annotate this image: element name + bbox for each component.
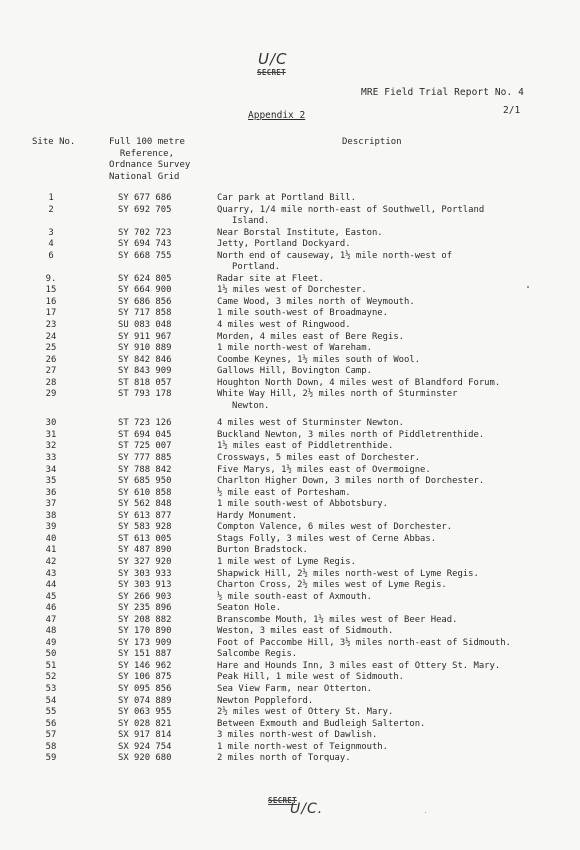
table-row: 40ST 613 005Stags Folly, 3 miles west of…	[0, 534, 580, 546]
grid-reference: ST 723 126	[118, 418, 171, 430]
grid-reference: SY 694 743	[118, 239, 171, 251]
site-description: 1 mile north-west of Wareham.	[217, 343, 557, 355]
grid-reference: SY 327 920	[118, 557, 171, 569]
site-description: Burton Bradstock.	[217, 545, 557, 557]
description-text: Gallows Hill, Bovington Camp.	[217, 366, 372, 376]
site-description: Newton Poppleford.	[217, 696, 557, 708]
description-text: Five Marys, 1½ miles east of Overmoigne.	[217, 465, 431, 475]
site-number: 17	[36, 308, 66, 320]
description-text: 1 mile north-west of Teignmouth.	[217, 742, 388, 752]
grid-reference: SY 106 875	[118, 672, 171, 684]
paper-speck	[425, 812, 426, 813]
site-description: Weston, 3 miles east of Sidmouth.	[217, 626, 557, 638]
grid-reference: SY 686 856	[118, 297, 171, 309]
description-text: Stags Folly, 3 miles west of Cerne Abbas…	[217, 534, 436, 544]
site-description: Between Exmouth and Budleigh Salterton.	[217, 719, 557, 731]
table-row: 49SY 173 909Foot of Paccombe Hill, 3½ mi…	[0, 638, 580, 650]
grid-reference: SY 028 821	[118, 719, 171, 731]
grid-reference: SY 303 913	[118, 580, 171, 592]
table-row: 48SY 170 890Weston, 3 miles east of Sidm…	[0, 626, 580, 638]
site-description: 1 mile south-west of Broadmayne.	[217, 308, 557, 320]
table-row: 41SY 487 890Burton Bradstock.	[0, 545, 580, 557]
site-description: Coombe Keynes, 1½ miles south of Wool.	[217, 355, 557, 367]
grid-reference: SY 717 858	[118, 308, 171, 320]
description-continuation: Newton.	[217, 401, 557, 413]
table-row: 35SY 685 950Charlton Higher Down, 3 mile…	[0, 476, 580, 488]
table-row: 45SY 266 903½ mile south-east of Axmouth…	[0, 592, 580, 604]
description-text: Houghton North Down, 4 miles west of Bla…	[217, 378, 500, 388]
table-row: 59SX 920 6802 miles north of Torquay.	[0, 753, 580, 765]
table-row: 23SU 083 0484 miles west of Ringwood.	[0, 320, 580, 332]
description-text: ½ mile east of Portesham.	[217, 488, 351, 498]
description-text: Weston, 3 miles east of Sidmouth.	[217, 626, 393, 636]
site-number: 4	[36, 239, 66, 251]
table-row: 52SY 106 875Peak Hill, 1 mile west of Si…	[0, 672, 580, 684]
site-number: 16	[36, 297, 66, 309]
site-number: 52	[36, 672, 66, 684]
site-number: 2	[36, 205, 66, 217]
grid-reference: SY 266 903	[118, 592, 171, 604]
site-description: Sea View Farm, near Otterton.	[217, 684, 557, 696]
site-number: 27	[36, 366, 66, 378]
grid-reference: SY 583 928	[118, 522, 171, 534]
site-description: North end of causeway, 1½ mile north-wes…	[217, 251, 557, 274]
site-description: Quarry, 1/4 mile north-east of Southwell…	[217, 205, 557, 228]
grid-reference: SY 702 723	[118, 228, 171, 240]
site-description: 4 miles west of Sturminster Newton.	[217, 418, 557, 430]
site-description: Car park at Portland Bill.	[217, 193, 557, 205]
table-row: 1SY 677 686Car park at Portland Bill.	[0, 193, 580, 205]
table-row: 47SY 208 882Branscombe Mouth, 1½ miles w…	[0, 615, 580, 627]
column-header-reference: Full 100 metre Reference, Ordnance Surve…	[109, 137, 190, 183]
table-row: 2SY 692 705Quarry, 1/4 mile north-east o…	[0, 205, 580, 228]
description-text: ½ mile south-east of Axmouth.	[217, 592, 372, 602]
grid-reference: SY 095 856	[118, 684, 171, 696]
description-continuation: Portland.	[217, 262, 557, 274]
grid-reference: SY 146 962	[118, 661, 171, 673]
site-number: 25	[36, 343, 66, 355]
grid-reference: SY 677 686	[118, 193, 171, 205]
site-number: 26	[36, 355, 66, 367]
site-number: 38	[36, 511, 66, 523]
description-text: Radar site at Fleet.	[217, 274, 324, 284]
report-title: MRE Field Trial Report No. 4	[361, 87, 524, 98]
site-number: 6	[36, 251, 66, 263]
site-number: 50	[36, 649, 66, 661]
site-number: 36	[36, 488, 66, 500]
description-text: Newton Poppleford.	[217, 696, 313, 706]
handwritten-classification-bottom: U/C.	[290, 801, 323, 817]
grid-reference: SY 668 755	[118, 251, 171, 263]
description-text: 4 miles west of Sturminster Newton.	[217, 418, 404, 428]
site-number: 41	[36, 545, 66, 557]
description-text: Crossways, 5 miles east of Dorchester.	[217, 453, 420, 463]
description-text: Near Borstal Institute, Easton.	[217, 228, 383, 238]
site-description: ½ mile east of Portesham.	[217, 488, 557, 500]
grid-reference: SX 917 814	[118, 730, 171, 742]
site-description: 2½ miles west of Ottery St. Mary.	[217, 707, 557, 719]
table-row: 25SY 910 8891 mile north-west of Wareham…	[0, 343, 580, 355]
grid-reference: SY 173 909	[118, 638, 171, 650]
grid-reference: SY 303 933	[118, 569, 171, 581]
description-text: 2½ miles west of Ottery St. Mary.	[217, 707, 393, 717]
description-text: Coombe Keynes, 1½ miles south of Wool.	[217, 355, 420, 365]
site-description: Crossways, 5 miles east of Dorchester.	[217, 453, 557, 465]
site-description: Charlton Higher Down, 3 miles north of D…	[217, 476, 557, 488]
site-number: 57	[36, 730, 66, 742]
table-row: 33SY 777 885Crossways, 5 miles east of D…	[0, 453, 580, 465]
site-number: 29	[36, 389, 66, 401]
grid-reference: SU 083 048	[118, 320, 171, 332]
site-number: 43	[36, 569, 66, 581]
grid-reference: SY 685 950	[118, 476, 171, 488]
site-number: 40	[36, 534, 66, 546]
grid-reference: SY 610 858	[118, 488, 171, 500]
site-description: Salcombe Regis.	[217, 649, 557, 661]
description-text: 1½ miles west of Dorchester.	[217, 285, 367, 295]
description-text: Quarry, 1/4 mile north-east of Southwell…	[217, 205, 484, 215]
description-text: Came Wood, 3 miles north of Weymouth.	[217, 297, 415, 307]
table-row: 39SY 583 928Compton Valence, 6 miles wes…	[0, 522, 580, 534]
site-number: 54	[36, 696, 66, 708]
description-text: White Way Hill, 2½ miles north of Sturmi…	[217, 389, 457, 399]
site-number: 33	[36, 453, 66, 465]
grid-reference: SY 151 887	[118, 649, 171, 661]
site-description: ½ mile south-east of Axmouth.	[217, 592, 557, 604]
description-text: Hare and Hounds Inn, 3 miles east of Ott…	[217, 661, 500, 671]
table-row: 30ST 723 1264 miles west of Sturminster …	[0, 418, 580, 430]
description-text: Jetty, Portland Dockyard.	[217, 239, 351, 249]
grid-reference: SY 235 896	[118, 603, 171, 615]
grid-reference: SY 664 900	[118, 285, 171, 297]
column-header-description: Description	[342, 137, 402, 149]
description-text: 2 miles north of Torquay.	[217, 753, 351, 763]
table-row: 31ST 694 045Buckland Newton, 3 miles nor…	[0, 430, 580, 442]
site-description: Five Marys, 1½ miles east of Overmoigne.	[217, 465, 557, 477]
document-page: U/C SECRET MRE Field Trial Report No. 4 …	[0, 0, 580, 850]
site-description: Foot of Paccombe Hill, 3½ miles north-ea…	[217, 638, 557, 650]
site-number: 28	[36, 378, 66, 390]
table-row: 32ST 725 0071½ miles east of Piddletrent…	[0, 441, 580, 453]
site-number: 34	[36, 465, 66, 477]
table-row: 27SY 843 909Gallows Hill, Bovington Camp…	[0, 366, 580, 378]
site-description: Buckland Newton, 3 miles north of Piddle…	[217, 430, 557, 442]
table-row: 58SX 924 7541 mile north-west of Teignmo…	[0, 742, 580, 754]
grid-reference: ST 818 057	[118, 378, 171, 390]
site-description: Branscombe Mouth, 1½ miles west of Beer …	[217, 615, 557, 627]
description-text: Burton Bradstock.	[217, 545, 308, 555]
table-row: 26SY 842 846Coombe Keynes, 1½ miles sout…	[0, 355, 580, 367]
site-description: 1 mile south-west of Abbotsbury.	[217, 499, 557, 511]
grid-reference: SY 613 877	[118, 511, 171, 523]
struck-classification-top: SECRET	[257, 68, 286, 77]
grid-reference: SY 487 890	[118, 545, 171, 557]
table-row: 4SY 694 743Jetty, Portland Dockyard.	[0, 239, 580, 251]
table-row: 54SY 074 889Newton Poppleford.	[0, 696, 580, 708]
grid-reference: SY 562 848	[118, 499, 171, 511]
site-number: 59	[36, 753, 66, 765]
site-description: Houghton North Down, 4 miles west of Bla…	[217, 378, 557, 390]
description-text: Branscombe Mouth, 1½ miles west of Beer …	[217, 615, 457, 625]
handwritten-classification-top: U/C	[258, 50, 288, 68]
table-row: 6SY 668 755North end of causeway, 1½ mil…	[0, 251, 580, 274]
grid-reference: SY 910 889	[118, 343, 171, 355]
table-row: 57SX 917 8143 miles north-west of Dawlis…	[0, 730, 580, 742]
site-description: Compton Valence, 6 miles west of Dorches…	[217, 522, 557, 534]
grid-reference: SY 788 842	[118, 465, 171, 477]
site-description: 1½ miles west of Dorchester.	[217, 285, 557, 297]
site-number: 9.	[36, 274, 66, 286]
table-row: 55SY 063 9552½ miles west of Ottery St. …	[0, 707, 580, 719]
table-row: 16SY 686 856Came Wood, 3 miles north of …	[0, 297, 580, 309]
site-description: 3 miles north-west of Dawlish.	[217, 730, 557, 742]
grid-reference: ST 725 007	[118, 441, 171, 453]
site-description: Jetty, Portland Dockyard.	[217, 239, 557, 251]
site-description: Radar site at Fleet.	[217, 274, 557, 286]
grid-reference: SY 208 882	[118, 615, 171, 627]
site-number: 23	[36, 320, 66, 332]
site-description: Morden, 4 miles east of Bere Regis.	[217, 332, 557, 344]
table-row: 42SY 327 9201 mile west of Lyme Regis.	[0, 557, 580, 569]
table-row: 3SY 702 723Near Borstal Institute, Easto…	[0, 228, 580, 240]
grid-reference: SY 063 955	[118, 707, 171, 719]
grid-reference: SY 692 705	[118, 205, 171, 217]
description-text: Seaton Hole.	[217, 603, 281, 613]
grid-reference: SY 074 889	[118, 696, 171, 708]
table-row: 53SY 095 856Sea View Farm, near Otterton…	[0, 684, 580, 696]
site-number: 58	[36, 742, 66, 754]
grid-reference: SY 777 885	[118, 453, 171, 465]
site-number: 39	[36, 522, 66, 534]
table-row: 51SY 146 962Hare and Hounds Inn, 3 miles…	[0, 661, 580, 673]
grid-reference: SY 842 846	[118, 355, 171, 367]
site-number: 30	[36, 418, 66, 430]
description-text: Peak Hill, 1 mile west of Sidmouth.	[217, 672, 404, 682]
site-description: Shapwick Hill, 2½ miles north-west of Ly…	[217, 569, 557, 581]
table-row: 36SY 610 858½ mile east of Portesham.	[0, 488, 580, 500]
table-row: 44SY 303 913Charton Cross, 2½ miles west…	[0, 580, 580, 592]
table-row: 15SY 664 9001½ miles west of Dorchester.	[0, 285, 580, 297]
description-continuation: Island.	[217, 216, 557, 228]
site-number: 31	[36, 430, 66, 442]
site-description: White Way Hill, 2½ miles north of Sturmi…	[217, 389, 557, 412]
grid-reference: SY 624 805	[118, 274, 171, 286]
description-text: 1½ miles east of Piddletrenthide.	[217, 441, 393, 451]
site-number: 15	[36, 285, 66, 297]
description-text: North end of causeway, 1½ mile north-wes…	[217, 251, 452, 261]
table-row: 34SY 788 842Five Marys, 1½ miles east of…	[0, 465, 580, 477]
site-number: 56	[36, 719, 66, 731]
description-text: Sea View Farm, near Otterton.	[217, 684, 372, 694]
description-text: 4 miles west of Ringwood.	[217, 320, 351, 330]
site-number: 44	[36, 580, 66, 592]
site-description: 4 miles west of Ringwood.	[217, 320, 557, 332]
site-description: Peak Hill, 1 mile west of Sidmouth.	[217, 672, 557, 684]
table-row: 17SY 717 8581 mile south-west of Broadma…	[0, 308, 580, 320]
column-header-site: Site No.	[32, 137, 75, 149]
description-text: 1 mile south-west of Broadmayne.	[217, 308, 388, 318]
description-text: Between Exmouth and Budleigh Salterton.	[217, 719, 425, 729]
grid-reference: ST 694 045	[118, 430, 171, 442]
table-row: 46SY 235 896Seaton Hole.	[0, 603, 580, 615]
site-number: 48	[36, 626, 66, 638]
paper-speck	[527, 286, 529, 288]
site-description: 1 mile north-west of Teignmouth.	[217, 742, 557, 754]
site-number: 42	[36, 557, 66, 569]
site-description: 1 mile west of Lyme Regis.	[217, 557, 557, 569]
table-row: 9.SY 624 805Radar site at Fleet.	[0, 274, 580, 286]
site-description: 1½ miles east of Piddletrenthide.	[217, 441, 557, 453]
site-number: 55	[36, 707, 66, 719]
table-row: 38SY 613 877Hardy Monument.	[0, 511, 580, 523]
description-text: 1 mile south-west of Abbotsbury.	[217, 499, 388, 509]
site-description: Seaton Hole.	[217, 603, 557, 615]
site-number: 46	[36, 603, 66, 615]
description-text: Buckland Newton, 3 miles north of Piddle…	[217, 430, 484, 440]
description-text: 1 mile west of Lyme Regis.	[217, 557, 356, 567]
appendix-heading: Appendix 2	[248, 110, 305, 121]
table-row: 50SY 151 887Salcombe Regis.	[0, 649, 580, 661]
grid-reference: ST 613 005	[118, 534, 171, 546]
grid-reference: SX 920 680	[118, 753, 171, 765]
site-description: Hare and Hounds Inn, 3 miles east of Ott…	[217, 661, 557, 673]
table-row: 37SY 562 8481 mile south-west of Abbotsb…	[0, 499, 580, 511]
description-text: Salcombe Regis.	[217, 649, 297, 659]
site-number: 32	[36, 441, 66, 453]
description-text: Morden, 4 miles east of Bere Regis.	[217, 332, 404, 342]
site-number: 53	[36, 684, 66, 696]
site-description: Near Borstal Institute, Easton.	[217, 228, 557, 240]
description-text: Hardy Monument.	[217, 511, 297, 521]
site-description: Hardy Monument.	[217, 511, 557, 523]
grid-reference: SY 843 909	[118, 366, 171, 378]
site-number: 24	[36, 332, 66, 344]
table-row: 43SY 303 933Shapwick Hill, 2½ miles nort…	[0, 569, 580, 581]
site-number: 49	[36, 638, 66, 650]
description-text: Charton Cross, 2½ miles west of Lyme Reg…	[217, 580, 447, 590]
description-text: Car park at Portland Bill.	[217, 193, 356, 203]
grid-reference: SY 911 967	[118, 332, 171, 344]
site-description: Charton Cross, 2½ miles west of Lyme Reg…	[217, 580, 557, 592]
site-number: 47	[36, 615, 66, 627]
description-text: Foot of Paccombe Hill, 3½ miles north-ea…	[217, 638, 511, 648]
site-number: 3	[36, 228, 66, 240]
grid-reference: SX 924 754	[118, 742, 171, 754]
site-table: 1SY 677 686Car park at Portland Bill.2SY…	[0, 193, 580, 765]
site-number: 37	[36, 499, 66, 511]
description-text: 3 miles north-west of Dawlish.	[217, 730, 377, 740]
site-description: Came Wood, 3 miles north of Weymouth.	[217, 297, 557, 309]
table-row: 24SY 911 967Morden, 4 miles east of Bere…	[0, 332, 580, 344]
site-description: Gallows Hill, Bovington Camp.	[217, 366, 557, 378]
description-text: Charlton Higher Down, 3 miles north of D…	[217, 476, 484, 486]
grid-reference: ST 793 178	[118, 389, 171, 401]
site-number: 35	[36, 476, 66, 488]
site-description: Stags Folly, 3 miles west of Cerne Abbas…	[217, 534, 557, 546]
description-text: Shapwick Hill, 2½ miles north-west of Ly…	[217, 569, 479, 579]
site-description: 2 miles north of Torquay.	[217, 753, 557, 765]
page-number: 2/1	[503, 105, 520, 116]
site-number: 45	[36, 592, 66, 604]
site-number: 51	[36, 661, 66, 673]
description-text: Compton Valence, 6 miles west of Dorches…	[217, 522, 452, 532]
table-row: 28ST 818 057Houghton North Down, 4 miles…	[0, 378, 580, 390]
site-number: 1	[36, 193, 66, 205]
grid-reference: SY 170 890	[118, 626, 171, 638]
table-row: 29ST 793 178White Way Hill, 2½ miles nor…	[0, 389, 580, 412]
description-text: 1 mile north-west of Wareham.	[217, 343, 372, 353]
table-row: 56SY 028 821Between Exmouth and Budleigh…	[0, 719, 580, 731]
